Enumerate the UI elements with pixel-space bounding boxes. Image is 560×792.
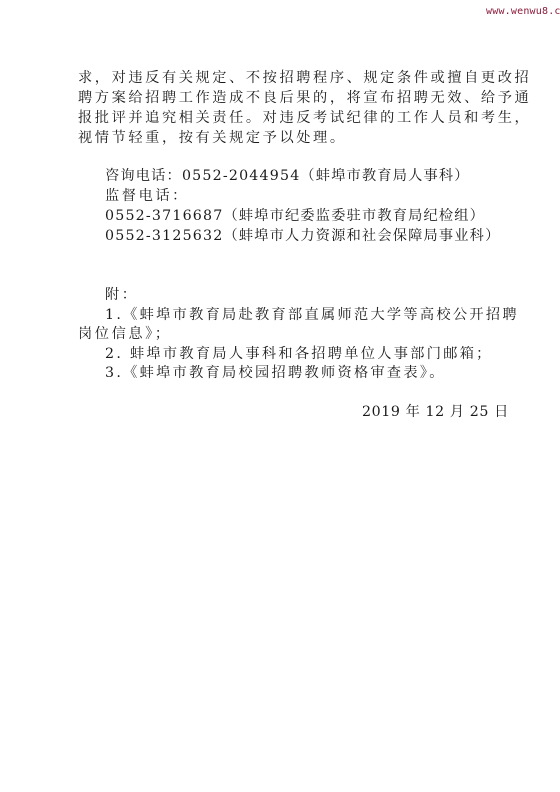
- attachment-item-1-cont: 岗位信息》；: [78, 324, 172, 344]
- paragraph-line: 视情节轻重，按有关规定予以处理。: [78, 128, 347, 148]
- paragraph-line: 求，对违反有关规定、不按招聘程序、规定条件或擅自更改招: [78, 68, 531, 88]
- supervise-phone-1: 0552-3716687（蚌埠市纪委监委驻市教育局纪检组）: [105, 206, 485, 226]
- paragraph-line: 报批评并追究相关责任。对违反考试纪律的工作人员和考生，: [78, 108, 531, 128]
- attachment-item-1: 1.《蚌埠市教育局赴教育部直属师范大学等高校公开招聘: [105, 305, 519, 325]
- paragraph-line: 聘方案给招聘工作造成不良后果的，将宣布招聘无效、给予通: [78, 88, 531, 108]
- attachment-label: 附：: [105, 285, 139, 305]
- document-date: 2019 年 12 月 25 日: [362, 402, 509, 422]
- supervise-phone-label: 监督电话：: [105, 186, 189, 206]
- attachment-item-2: 2. 蚌埠市教育局人事科和各招聘单位人事部门邮箱；: [105, 344, 493, 364]
- attachment-item-3: 3.《蚌埠市教育局校园招聘教师资格审查表》。: [105, 363, 446, 383]
- consult-phone: 咨询电话：0552-2044954（蚌埠市教育局人事科）: [105, 166, 470, 186]
- watermark: www.wenwu8.c: [486, 6, 560, 17]
- supervise-phone-2: 0552-3125632（蚌埠市人力资源和社会保障局事业科）: [105, 226, 500, 246]
